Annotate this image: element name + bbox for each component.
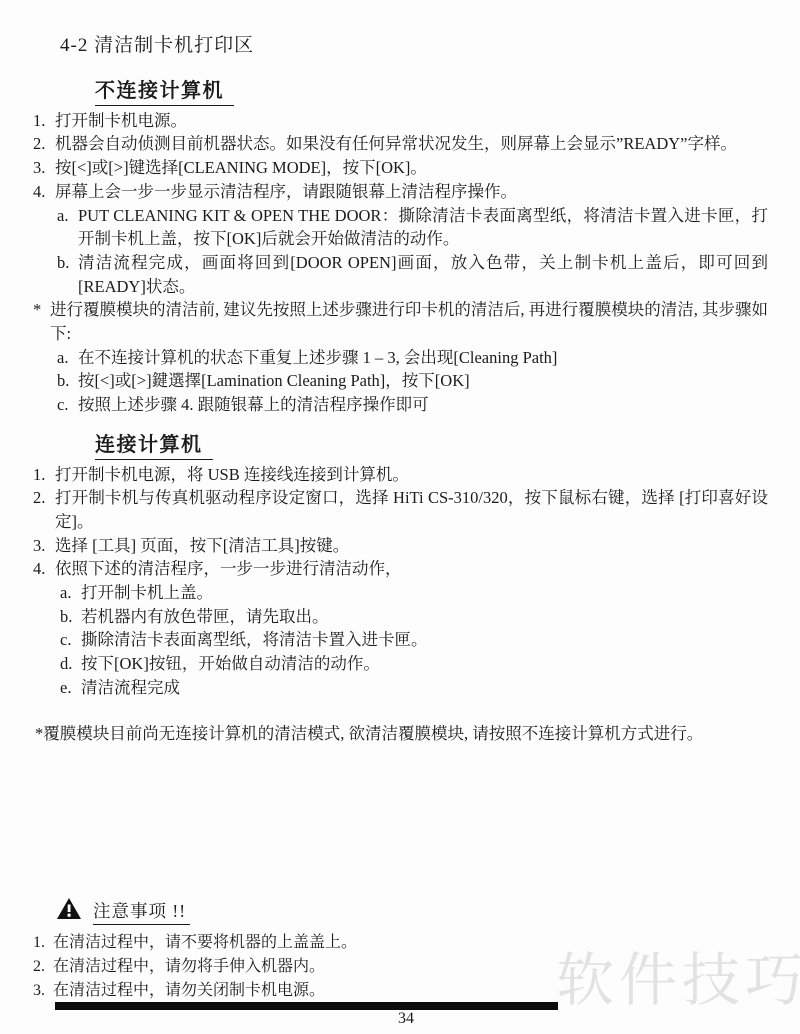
notice-text: 在清洁过程中，请勿将手伸入机器内。 [53, 955, 773, 979]
substep-letter: b. [57, 251, 78, 298]
notice-header: 注意事项 !! [57, 898, 773, 927]
step-text: 机器会自动侦测目前机器状态。如果没有任何异常状况发生，则屏幕上会显示”READY… [55, 132, 768, 156]
section-offline-heading: 不连接计算机 [95, 80, 234, 106]
step-text: 打开制卡机电源，将 USB 连接线连接到计算机。 [55, 463, 768, 487]
substep-text: 清洁流程完成 [81, 676, 768, 700]
substep-letter: b. [57, 369, 78, 393]
step-row: 4. 依照下述的清洁程序，一步一步进行清洁动作， [33, 557, 768, 581]
lamination-note: * 进行覆膜模块的清洁前, 建议先按照上述步骤进行印卡机的清洁后, 再进行覆膜模… [33, 298, 768, 345]
step-number: 3. [33, 534, 55, 558]
substep-row: a. PUT CLEANING KIT & OPEN THE DOOR：撕除清洁… [57, 204, 768, 251]
step-number: 2. [33, 486, 55, 533]
notice-number: 2. [33, 955, 53, 979]
substep-text: 打开制卡机上盖。 [81, 581, 768, 605]
substep-row: e. 清洁流程完成 [60, 676, 768, 700]
step-text: 按[<]或[>]键选择[CLEANING MODE]，按下[OK]。 [55, 156, 768, 180]
substep-text: 清洁流程完成，画面将回到[DOOR OPEN]画面，放入色带，关上制卡机上盖后，… [78, 251, 768, 298]
section-online-heading: 连接计算机 [95, 434, 213, 460]
offline-substeps: a. PUT CLEANING KIT & OPEN THE DOOR：撕除清洁… [33, 204, 768, 299]
substep-row: a. 打开制卡机上盖。 [60, 581, 768, 605]
substep-letter: a. [60, 581, 81, 605]
step-row: 2. 打开制卡机与传真机驱动程序设定窗口，选择 HiTi CS-310/320，… [33, 486, 768, 533]
note-text: 进行覆膜模块的清洁前, 建议先按照上述步骤进行印卡机的清洁后, 再进行覆膜模块的… [50, 298, 768, 345]
substep-text: 按下[OK]按钮，开始做自动清洁的动作。 [81, 652, 768, 676]
substep-letter: c. [57, 393, 78, 417]
step-number: 3. [33, 156, 55, 180]
step-text: 依照下述的清洁程序，一步一步进行清洁动作， [55, 557, 768, 581]
lamination-note-steps: a. 在不连接计算机的状态下重复上述步骤 1 – 3, 会出现[Cleaning… [33, 346, 768, 417]
substep-letter: b. [60, 605, 81, 629]
section-offline: 不连接计算机 1. 打开制卡机电源。 2. 机器会自动侦测目前机器状态。如果没有… [33, 80, 768, 417]
substep-letter: e. [60, 676, 81, 700]
notice-item: 2. 在清洁过程中，请勿将手伸入机器内。 [33, 955, 773, 979]
step-number: 1. [33, 109, 55, 133]
substep-text: 按照上述步骤 4. 跟随银幕上的清洁程序操作即可 [78, 393, 768, 417]
substep-row: c. 按照上述步骤 4. 跟随银幕上的清洁程序操作即可 [57, 393, 768, 417]
step-row: 2. 机器会自动侦测目前机器状态。如果没有任何异常状况发生，则屏幕上会显示”RE… [33, 132, 768, 156]
substep-letter: a. [57, 204, 78, 251]
substep-row: b. 清洁流程完成，画面将回到[DOOR OPEN]画面，放入色带，关上制卡机上… [57, 251, 768, 298]
page-title: 4-2 清洁制卡机打印区 [60, 30, 254, 57]
notice-text: 在清洁过程中，请勿关闭制卡机电源。 [53, 979, 773, 1003]
notice-heading: 注意事项 !! [93, 900, 190, 926]
step-row: 3. 选择 [工具] 页面，按下[清洁工具]按键。 [33, 534, 768, 558]
step-text: 屏幕上会一步一步显示清洁程序，请跟随银幕上清洁程序操作。 [55, 180, 768, 204]
substep-row: d. 按下[OK]按钮，开始做自动清洁的动作。 [60, 652, 768, 676]
substep-row: c. 撕除清洁卡表面离型纸，将清洁卡置入进卡匣。 [60, 628, 768, 652]
substep-row: a. 在不连接计算机的状态下重复上述步骤 1 – 3, 会出现[Cleaning… [57, 346, 768, 370]
footer-rule [55, 1002, 558, 1010]
step-text: 打开制卡机电源。 [55, 109, 768, 133]
substep-text: PUT CLEANING KIT & OPEN THE DOOR：撕除清洁卡表面… [78, 204, 768, 251]
substep-letter: c. [60, 628, 81, 652]
substep-letter: a. [57, 346, 78, 370]
notice-number: 1. [33, 931, 53, 955]
substep-text: 在不连接计算机的状态下重复上述步骤 1 – 3, 会出现[Cleaning Pa… [78, 346, 768, 370]
online-substeps: a. 打开制卡机上盖。 b. 若机器内有放色带匣，请先取出。 c. 撕除清洁卡表… [33, 581, 768, 700]
substep-text: 若机器内有放色带匣，请先取出。 [81, 605, 768, 629]
substep-text: 撕除清洁卡表面离型纸，将清洁卡置入进卡匣。 [81, 628, 768, 652]
notice-number: 3. [33, 979, 53, 1003]
step-row: 4. 屏幕上会一步一步显示清洁程序，请跟随银幕上清洁程序操作。 [33, 180, 768, 204]
step-text: 打开制卡机与传真机驱动程序设定窗口，选择 HiTi CS-310/320，按下鼠… [55, 486, 768, 533]
notice-item: 1. 在清洁过程中，请不要将机器的上盖盖上。 [33, 931, 773, 955]
page-number: 34 [398, 1010, 414, 1028]
warning-icon [57, 898, 81, 927]
notice-item: 3. 在清洁过程中，请勿关闭制卡机电源。 [33, 979, 773, 1003]
lamination-footnote: *覆膜模块目前尚无连接计算机的清洁模式, 欲清洁覆膜模块, 请按照不连接计算机方… [33, 722, 763, 746]
substep-row: b. 若机器内有放色带匣，请先取出。 [60, 605, 768, 629]
substep-text: 按[<]或[>]鍵選擇[Lamination Cleaning Path]，按下… [78, 369, 768, 393]
page-content: 不连接计算机 1. 打开制卡机电源。 2. 机器会自动侦测目前机器状态。如果没有… [33, 80, 768, 745]
substep-letter: d. [60, 652, 81, 676]
step-row: 1. 打开制卡机电源。 [33, 109, 768, 133]
manual-page: 软件技巧 4-2 清洁制卡机打印区 不连接计算机 1. 打开制卡机电源。 2. … [0, 0, 800, 1034]
step-number: 4. [33, 557, 55, 581]
step-number: 2. [33, 132, 55, 156]
section-online: 连接计算机 1. 打开制卡机电源，将 USB 连接线连接到计算机。 2. 打开制… [33, 417, 768, 700]
step-number: 1. [33, 463, 55, 487]
step-number: 4. [33, 180, 55, 204]
step-row: 1. 打开制卡机电源，将 USB 连接线连接到计算机。 [33, 463, 768, 487]
step-text: 选择 [工具] 页面，按下[清洁工具]按键。 [55, 534, 768, 558]
substep-row: b. 按[<]或[>]鍵選擇[Lamination Cleaning Path]… [57, 369, 768, 393]
notice-text: 在清洁过程中，请不要将机器的上盖盖上。 [53, 931, 773, 955]
note-marker: * [33, 298, 50, 345]
notice-section: 注意事项 !! 1. 在清洁过程中，请不要将机器的上盖盖上。 2. 在清洁过程中… [33, 898, 773, 1003]
step-row: 3. 按[<]或[>]键选择[CLEANING MODE]，按下[OK]。 [33, 156, 768, 180]
